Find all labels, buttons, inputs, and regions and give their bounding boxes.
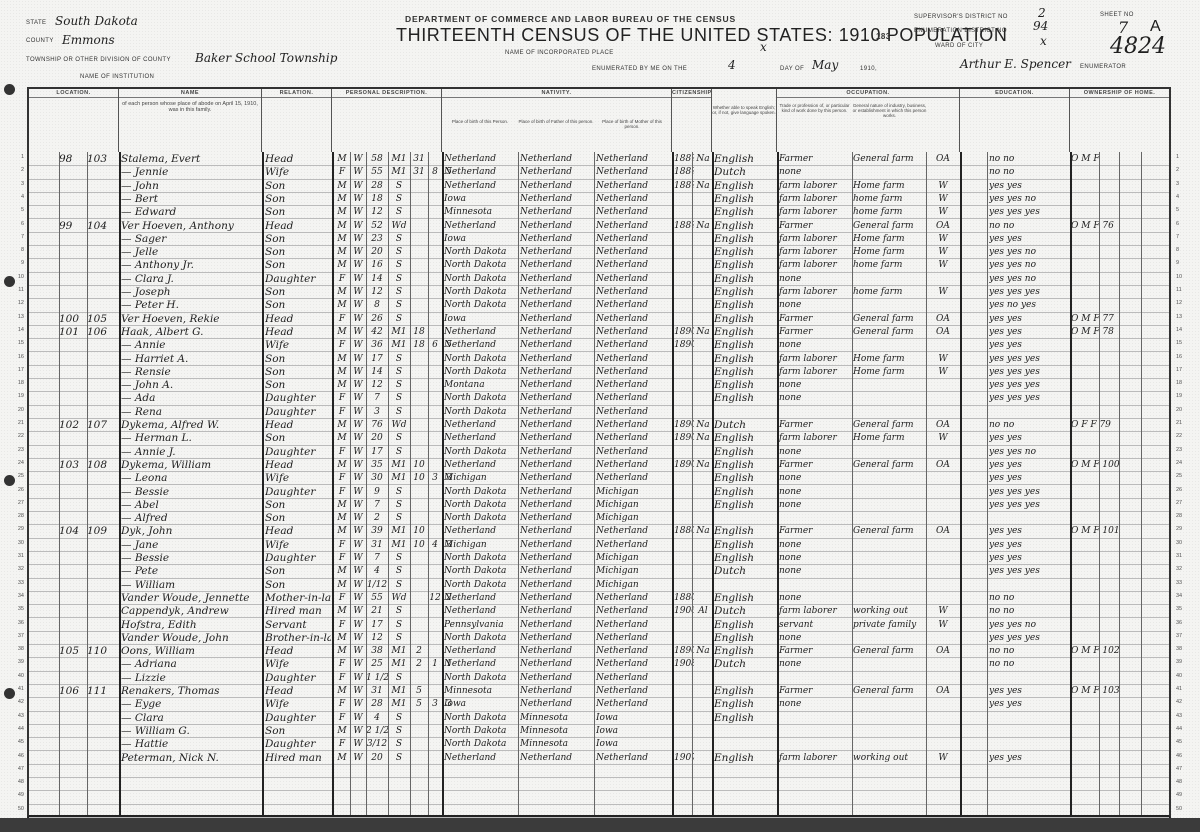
cell-relation: Son bbox=[265, 259, 331, 272]
cell-dwelling bbox=[59, 738, 87, 751]
line-number-right: 16 bbox=[1176, 354, 1190, 360]
column-rule bbox=[119, 152, 121, 815]
cell-sex: M bbox=[334, 246, 350, 259]
cell-language: English bbox=[714, 432, 776, 445]
cell-father-birth: Netherland bbox=[520, 419, 596, 432]
cell-father-birth: Netherland bbox=[520, 432, 596, 445]
cell-naturalized bbox=[694, 246, 712, 259]
institution-label: NAME OF INSTITUTION bbox=[80, 74, 154, 80]
col-location: LOCATION. bbox=[29, 89, 119, 152]
cell-relation: Servant bbox=[265, 619, 331, 632]
cell-family bbox=[87, 725, 117, 738]
cell-mother-birth: Michigan bbox=[596, 565, 672, 578]
cell-naturalized bbox=[694, 472, 712, 485]
cell-name: Ver Hoeven, Rekie bbox=[121, 313, 263, 326]
cell-age: 20 bbox=[366, 246, 388, 259]
cell-years-married bbox=[410, 712, 428, 725]
cell-birth: Minnesota bbox=[444, 206, 520, 219]
cell-father-birth bbox=[520, 778, 596, 791]
cell-education: yes yes bbox=[989, 339, 1059, 352]
cell-mother-birth: Netherland bbox=[596, 353, 672, 366]
line-number-right: 11 bbox=[1176, 287, 1190, 293]
cell-relation: Head bbox=[265, 153, 331, 166]
table-row: — AlfredSonMW2SNorth DakotaNetherlandMic… bbox=[29, 512, 1169, 525]
cell-name: — Clara J. bbox=[121, 273, 263, 286]
cell-race: W bbox=[350, 406, 366, 419]
cell-children-born bbox=[428, 220, 442, 233]
cell-language: English bbox=[714, 326, 776, 339]
cell-education: no no bbox=[989, 220, 1059, 233]
cell-mother-birth bbox=[596, 791, 672, 804]
cell-immigration bbox=[674, 472, 694, 485]
cell-name: — Bessie bbox=[121, 486, 263, 499]
cell-naturalized: Na bbox=[694, 180, 712, 193]
cell-birth: North Dakota bbox=[444, 406, 520, 419]
cell-relation: Son bbox=[265, 353, 331, 366]
cell-mother-birth: Netherland bbox=[596, 459, 672, 472]
cell-name: — William G. bbox=[121, 725, 263, 738]
cell-race: W bbox=[350, 392, 366, 405]
cell-sex: F bbox=[334, 313, 350, 326]
cell-dwelling: 106 bbox=[59, 685, 87, 698]
cell-race: W bbox=[350, 366, 366, 379]
table-row: — JosephSonMW12SNorth DakotaNetherlandNe… bbox=[29, 286, 1169, 299]
line-number-right: 1 bbox=[1176, 154, 1190, 160]
line-number: 29 bbox=[12, 526, 24, 532]
cell-years-married: 18 bbox=[410, 326, 428, 339]
cell-years-married bbox=[410, 246, 428, 259]
cell-children-born bbox=[428, 672, 442, 685]
table-row: 105110Oons, WilliamHeadMW38M12Netherland… bbox=[29, 645, 1169, 658]
cell-occupation: none bbox=[779, 339, 853, 352]
cell-father-birth: Netherland bbox=[520, 206, 596, 219]
cell-dwelling bbox=[59, 619, 87, 632]
cell-education: yes yes bbox=[989, 539, 1059, 552]
line-number-right: 45 bbox=[1176, 739, 1190, 745]
cell-dwelling: 103 bbox=[59, 459, 87, 472]
cell-father-birth bbox=[520, 765, 596, 778]
cell-marital: S bbox=[388, 565, 410, 578]
cell-father-birth: Netherland bbox=[520, 658, 596, 671]
cell-birth: Netherland bbox=[444, 605, 520, 618]
cell-age: 31 bbox=[366, 685, 388, 698]
cell-employment bbox=[927, 698, 959, 711]
cell-years-married bbox=[410, 406, 428, 419]
cell-race: W bbox=[350, 619, 366, 632]
cell-name bbox=[121, 791, 263, 804]
cell-name: — Eyge bbox=[121, 698, 263, 711]
line-number: 37 bbox=[12, 633, 24, 639]
line-number-right: 8 bbox=[1176, 247, 1190, 253]
cell-marital: S bbox=[388, 379, 410, 392]
cell-industry bbox=[853, 273, 927, 286]
cell-relation: Son bbox=[265, 512, 331, 525]
cell-age: 42 bbox=[366, 326, 388, 339]
cell-father-birth: Netherland bbox=[520, 379, 596, 392]
line-number-right: 47 bbox=[1176, 766, 1190, 772]
line-number-right: 20 bbox=[1176, 407, 1190, 413]
line-number: 5 bbox=[12, 207, 24, 213]
cell-years-married: 5 bbox=[410, 685, 428, 698]
cell-naturalized bbox=[694, 379, 712, 392]
cell-immigration bbox=[674, 392, 694, 405]
cell-children-born bbox=[428, 685, 442, 698]
sheet-label: SHEET NO bbox=[1100, 12, 1134, 18]
line-number: 19 bbox=[12, 393, 24, 399]
cell-years-married bbox=[410, 299, 428, 312]
line-number: 46 bbox=[12, 753, 24, 759]
cell-mother-birth: Netherland bbox=[596, 193, 672, 206]
line-number-right: 29 bbox=[1176, 526, 1190, 532]
cell-dwelling: 100 bbox=[59, 313, 87, 326]
cell-industry: General farm bbox=[853, 685, 927, 698]
cell-immigration bbox=[674, 193, 694, 206]
cell-dwelling bbox=[59, 233, 87, 246]
cell-children-born bbox=[428, 286, 442, 299]
cell-dwelling bbox=[59, 353, 87, 366]
cell-family bbox=[87, 472, 117, 485]
cell-birth: Netherland bbox=[444, 525, 520, 538]
cell-language: English bbox=[714, 539, 776, 552]
cell-sex: F bbox=[334, 446, 350, 459]
cell-language: English bbox=[714, 392, 776, 405]
cell-language: Dutch bbox=[714, 166, 776, 179]
census-sheet: STATE South Dakota COUNTY Emmons TOWNSHI… bbox=[0, 0, 1200, 818]
cell-relation: Son bbox=[265, 432, 331, 445]
cell-immigration: 1890 bbox=[674, 459, 694, 472]
line-number: 35 bbox=[12, 606, 24, 612]
cell-family: 111 bbox=[87, 685, 117, 698]
supervisor-district-label: SUPERVISOR'S DISTRICT NO bbox=[914, 14, 1008, 20]
cell-age: 28 bbox=[366, 180, 388, 193]
cell-birth bbox=[444, 778, 520, 791]
cell-education bbox=[989, 738, 1059, 751]
cell-age: 7 bbox=[366, 552, 388, 565]
cell-birth: North Dakota bbox=[444, 712, 520, 725]
cell-race: W bbox=[350, 552, 366, 565]
cell-sex: M bbox=[334, 286, 350, 299]
cell-age: 31 bbox=[366, 539, 388, 552]
cell-birth: North Dakota bbox=[444, 246, 520, 259]
line-number-right: 13 bbox=[1176, 314, 1190, 320]
cell-industry bbox=[853, 339, 927, 352]
cell-language bbox=[714, 791, 776, 804]
cell-naturalized bbox=[694, 592, 712, 605]
line-number: 48 bbox=[12, 779, 24, 785]
cell-employment: W bbox=[927, 193, 959, 206]
cell-family bbox=[87, 592, 117, 605]
enumerator-name: Arthur E. Spencer bbox=[960, 57, 1071, 71]
cell-naturalized bbox=[694, 778, 712, 791]
cell-mother-birth: Netherland bbox=[596, 752, 672, 765]
cell-years-married bbox=[410, 592, 428, 605]
cell-sex: M bbox=[334, 379, 350, 392]
cell-marital: S bbox=[388, 246, 410, 259]
line-number-right: 28 bbox=[1176, 513, 1190, 519]
cell-family: 104 bbox=[87, 220, 117, 233]
cell-sex: M bbox=[334, 605, 350, 618]
table-row bbox=[29, 791, 1169, 804]
cell-years-married bbox=[410, 512, 428, 525]
cell-years-married bbox=[410, 778, 428, 791]
col-relation: RELATION. bbox=[262, 89, 332, 152]
cell-family bbox=[87, 791, 117, 804]
cell-education: yes yes yes bbox=[989, 632, 1059, 645]
table-row: 103108Dykema, WilliamHeadMW35M110Netherl… bbox=[29, 459, 1169, 472]
line-number-right: 38 bbox=[1176, 646, 1190, 652]
cell-immigration bbox=[674, 366, 694, 379]
cell-employment bbox=[927, 712, 959, 725]
cell-education: no no bbox=[989, 605, 1059, 618]
line-number: 33 bbox=[12, 580, 24, 586]
cell-age: 28 bbox=[366, 698, 388, 711]
cell-occupation: Farmer bbox=[779, 419, 853, 432]
cell-children-born bbox=[428, 712, 442, 725]
line-number: 12 bbox=[12, 300, 24, 306]
cell-mother-birth: Michigan bbox=[596, 486, 672, 499]
cell-children-born: 8 bbox=[428, 166, 442, 179]
cell-marital bbox=[388, 778, 410, 791]
cell-immigration bbox=[674, 539, 694, 552]
cell-occupation: none bbox=[779, 658, 853, 671]
cell-dwelling bbox=[59, 539, 87, 552]
cell-name: — Harriet A. bbox=[121, 353, 263, 366]
cell-children-born: 1 bbox=[428, 658, 442, 671]
cell-language: English bbox=[714, 273, 776, 286]
cell-father-birth: Netherland bbox=[520, 193, 596, 206]
cell-race: W bbox=[350, 446, 366, 459]
cell-industry bbox=[853, 765, 927, 778]
cell-family bbox=[87, 778, 117, 791]
line-number-right: 24 bbox=[1176, 460, 1190, 466]
cell-education: yes yes no bbox=[989, 246, 1059, 259]
cell-language: English bbox=[714, 286, 776, 299]
enumerated-label: ENUMERATED BY ME ON THE bbox=[592, 66, 687, 72]
cell-years-married bbox=[410, 419, 428, 432]
cell-sex: M bbox=[334, 432, 350, 445]
cell-employment bbox=[927, 658, 959, 671]
cell-relation: Wife bbox=[265, 658, 331, 671]
line-number: 14 bbox=[12, 327, 24, 333]
cell-naturalized bbox=[694, 273, 712, 286]
cell-name: — Clara bbox=[121, 712, 263, 725]
cell-relation: Wife bbox=[265, 339, 331, 352]
cell-occupation: none bbox=[779, 632, 853, 645]
cell-marital: M1 bbox=[388, 472, 410, 485]
cell-father-birth: Netherland bbox=[520, 233, 596, 246]
cell-naturalized bbox=[694, 366, 712, 379]
cell-marital: S bbox=[388, 206, 410, 219]
table-row: — JaneWifeFW31M11043MichiganNetherlandNe… bbox=[29, 539, 1169, 552]
cell-family bbox=[87, 392, 117, 405]
line-number: 43 bbox=[12, 713, 24, 719]
column-rule bbox=[960, 152, 962, 815]
cell-father-birth bbox=[520, 791, 596, 804]
cell-occupation: farm laborer bbox=[779, 180, 853, 193]
cell-occupation: none bbox=[779, 379, 853, 392]
cell-birth: North Dakota bbox=[444, 392, 520, 405]
scan-border bbox=[0, 818, 1200, 832]
cell-education bbox=[989, 791, 1059, 804]
cell-naturalized bbox=[694, 579, 712, 592]
cell-sex: F bbox=[334, 672, 350, 685]
cell-children-born: 4 bbox=[428, 539, 442, 552]
cell-mother-birth: Netherland bbox=[596, 658, 672, 671]
cell-employment bbox=[927, 406, 959, 419]
cell-occupation: none bbox=[779, 565, 853, 578]
stamp-number: 4824 bbox=[1110, 34, 1166, 59]
cell-children-born bbox=[428, 765, 442, 778]
cell-race: W bbox=[350, 605, 366, 618]
cell-relation: Daughter bbox=[265, 486, 331, 499]
cell-marital: S bbox=[388, 366, 410, 379]
cell-race bbox=[350, 805, 366, 818]
cell-family bbox=[87, 446, 117, 459]
cell-dwelling bbox=[59, 472, 87, 485]
cell-immigration bbox=[674, 632, 694, 645]
line-number-right: 43 bbox=[1176, 713, 1190, 719]
cell-name: — Bessie bbox=[121, 552, 263, 565]
cell-race: W bbox=[350, 712, 366, 725]
cell-education: yes yes no bbox=[989, 273, 1059, 286]
cell-employment bbox=[927, 472, 959, 485]
table-row: — Annie J.DaughterFW17SNorth DakotaNethe… bbox=[29, 446, 1169, 459]
cell-language: English bbox=[714, 339, 776, 352]
cell-family bbox=[87, 712, 117, 725]
cell-years-married bbox=[410, 180, 428, 193]
cell-sex: F bbox=[334, 698, 350, 711]
cell-name: — William bbox=[121, 579, 263, 592]
line-number: 47 bbox=[12, 766, 24, 772]
cell-age: 2 bbox=[366, 512, 388, 525]
cell-industry: Home farm bbox=[853, 180, 927, 193]
cell-family bbox=[87, 752, 117, 765]
cell-birth bbox=[444, 791, 520, 804]
cell-children-born bbox=[428, 419, 442, 432]
cell-sex: M bbox=[334, 193, 350, 206]
cell-language bbox=[714, 738, 776, 751]
cell-family bbox=[87, 286, 117, 299]
table-row: Cappendyk, AndrewHired manMW21SNetherlan… bbox=[29, 605, 1169, 618]
cell-father-birth: Netherland bbox=[520, 153, 596, 166]
cell-relation: Head bbox=[265, 459, 331, 472]
line-number: 24 bbox=[12, 460, 24, 466]
cell-years-married bbox=[410, 619, 428, 632]
table-row: — Anthony Jr.SonMW16SNorth DakotaNetherl… bbox=[29, 259, 1169, 272]
cell-years-married bbox=[410, 379, 428, 392]
table-row: — LizzieDaughterFW1 1/2SNorth DakotaNeth… bbox=[29, 672, 1169, 685]
cell-relation bbox=[265, 791, 331, 804]
cell-years-married bbox=[410, 193, 428, 206]
cell-race: W bbox=[350, 193, 366, 206]
line-number-right: 31 bbox=[1176, 553, 1190, 559]
cell-education: yes no yes bbox=[989, 299, 1059, 312]
cell-name: — Annie J. bbox=[121, 446, 263, 459]
cell-naturalized bbox=[694, 698, 712, 711]
cell-marital: S bbox=[388, 738, 410, 751]
cell-age: 4 bbox=[366, 565, 388, 578]
cell-mother-birth: Netherland bbox=[596, 605, 672, 618]
cell-industry bbox=[853, 486, 927, 499]
cell-immigration: 1890 bbox=[674, 419, 694, 432]
cell-race: W bbox=[350, 299, 366, 312]
cell-occupation: farm laborer bbox=[779, 353, 853, 366]
line-number: 13 bbox=[12, 314, 24, 320]
cell-dwelling bbox=[59, 512, 87, 525]
cell-relation: Brother-in-law bbox=[265, 632, 331, 645]
cell-language: English bbox=[714, 233, 776, 246]
cell-employment: OA bbox=[927, 645, 959, 658]
cell-race: W bbox=[350, 326, 366, 339]
cell-children-born bbox=[428, 446, 442, 459]
cell-occupation: none bbox=[779, 499, 853, 512]
cell-birth: Netherland bbox=[444, 326, 520, 339]
cell-race: W bbox=[350, 499, 366, 512]
cell-employment bbox=[927, 166, 959, 179]
cell-age: 17 bbox=[366, 446, 388, 459]
cell-occupation: none bbox=[779, 486, 853, 499]
cell-name: — Annie bbox=[121, 339, 263, 352]
cell-industry: General farm bbox=[853, 153, 927, 166]
cell-education: yes yes yes bbox=[989, 286, 1059, 299]
binder-hole bbox=[4, 84, 15, 95]
cell-years-married bbox=[410, 632, 428, 645]
cell-years-married bbox=[410, 791, 428, 804]
cell-name: Dykema, William bbox=[121, 459, 263, 472]
cell-family bbox=[87, 339, 117, 352]
cell-relation: Son bbox=[265, 206, 331, 219]
cell-naturalized bbox=[694, 752, 712, 765]
cell-children-born bbox=[428, 233, 442, 246]
cell-age: 2 1/2 bbox=[366, 725, 388, 738]
cell-birth: North Dakota bbox=[444, 632, 520, 645]
cell-race: W bbox=[350, 206, 366, 219]
cell-race: W bbox=[350, 459, 366, 472]
cell-education: no no bbox=[989, 645, 1059, 658]
cell-age: 17 bbox=[366, 353, 388, 366]
cell-sex bbox=[334, 805, 350, 818]
cell-race: W bbox=[350, 539, 366, 552]
cell-children-born bbox=[428, 512, 442, 525]
cell-education: no no bbox=[989, 592, 1059, 605]
cell-occupation: farm laborer bbox=[779, 193, 853, 206]
cell-occupation: Farmer bbox=[779, 459, 853, 472]
cell-race: W bbox=[350, 313, 366, 326]
cell-children-born bbox=[428, 366, 442, 379]
cell-birth: Netherland bbox=[444, 339, 520, 352]
line-number: 9 bbox=[12, 260, 24, 266]
cell-sex: M bbox=[334, 565, 350, 578]
cell-sex: F bbox=[334, 486, 350, 499]
cell-mother-birth: Netherland bbox=[596, 672, 672, 685]
cell-employment: OA bbox=[927, 326, 959, 339]
line-number-right: 4 bbox=[1176, 194, 1190, 200]
cell-children-born bbox=[428, 525, 442, 538]
cell-race: W bbox=[350, 166, 366, 179]
cell-employment: OA bbox=[927, 685, 959, 698]
cell-relation bbox=[265, 805, 331, 818]
column-rule bbox=[672, 152, 674, 815]
cell-children-born bbox=[428, 313, 442, 326]
cell-race: W bbox=[350, 738, 366, 751]
cell-birth: Iowa bbox=[444, 313, 520, 326]
cell-relation: Head bbox=[265, 525, 331, 538]
cell-employment: W bbox=[927, 605, 959, 618]
cell-sex: M bbox=[334, 326, 350, 339]
cell-education: no no bbox=[989, 153, 1059, 166]
line-number: 41 bbox=[12, 686, 24, 692]
cell-education: yes yes yes bbox=[989, 565, 1059, 578]
